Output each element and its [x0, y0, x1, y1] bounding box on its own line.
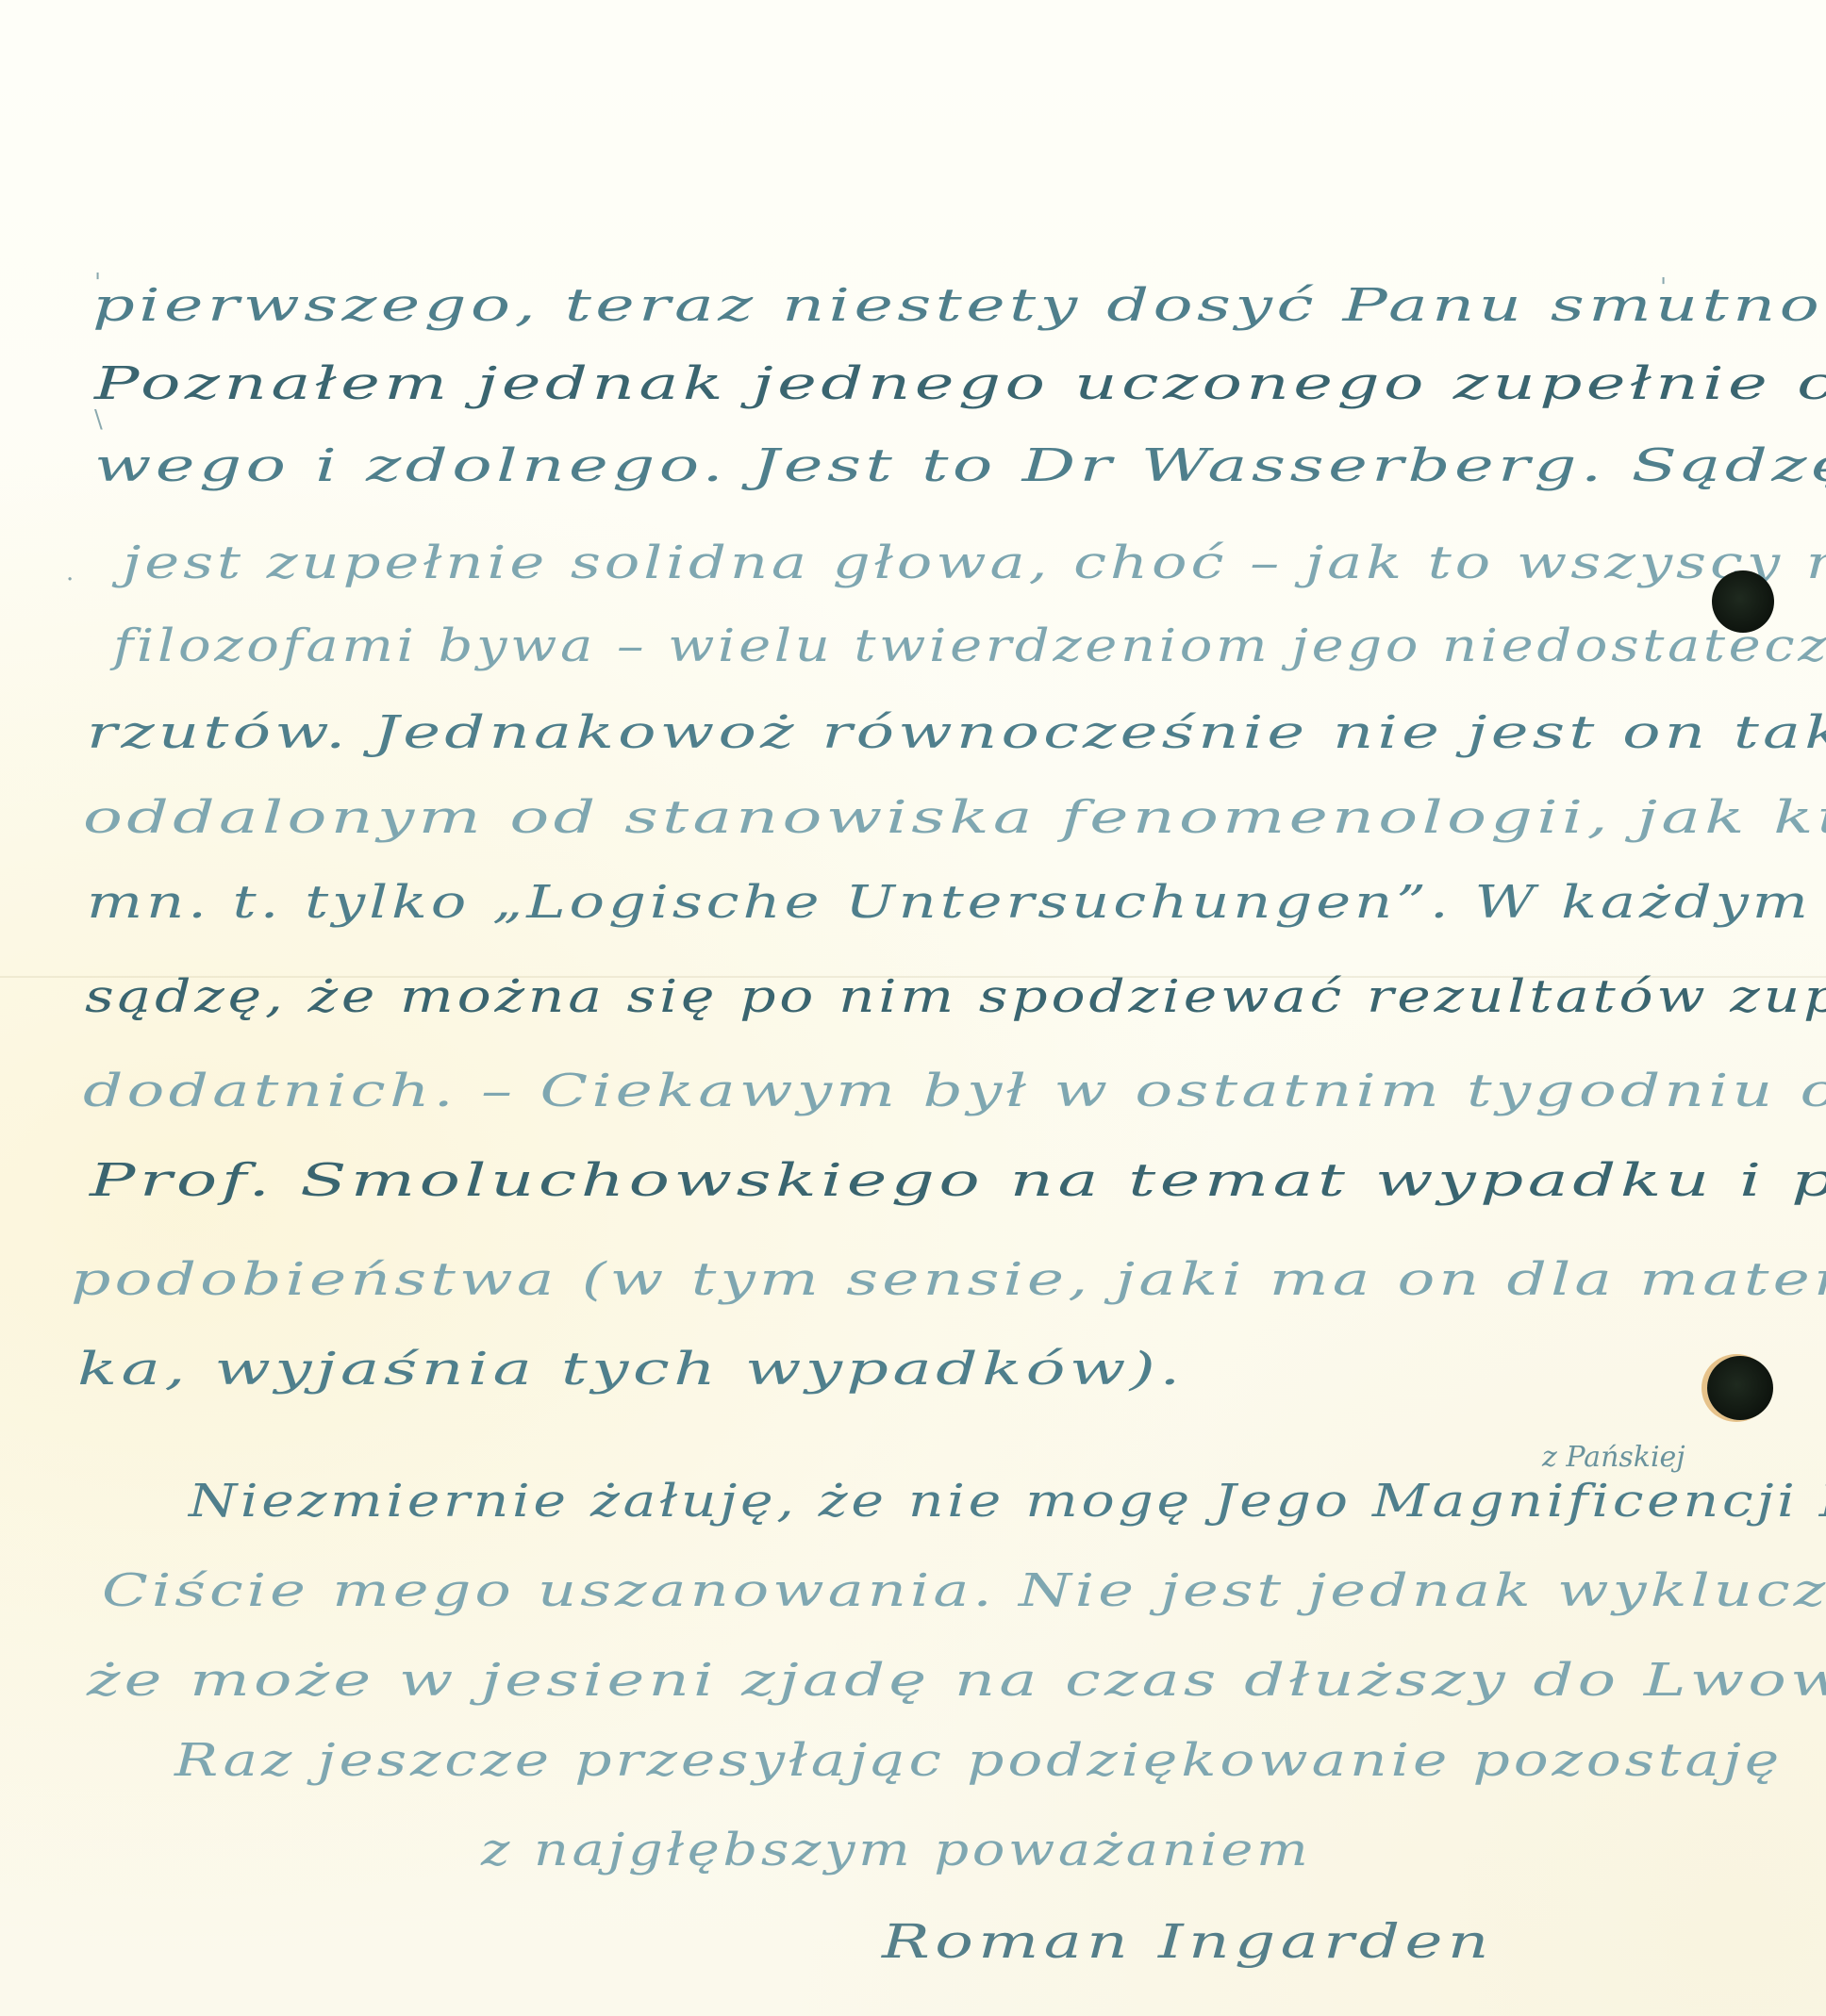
letter-line-13: ka, wyjaśnia tych wypadków). [77, 1347, 1185, 1392]
letter-line-10: dodatnich. – Ciekawym był w ostatnim tyg… [83, 1068, 1826, 1114]
letter-line-14: Niezmiernie żałuję, że nie mogę Jego Mag… [189, 1479, 1826, 1524]
interlinear-insertion: z Pańskiej [1542, 1441, 1685, 1474]
punch-hole [1707, 1356, 1773, 1420]
letter-line-18: z najgłębszym poważaniem [481, 1827, 1311, 1873]
letter-line-7: oddalonym od stanowiska fenomenologii, j… [83, 795, 1826, 840]
letter-line-11: Prof. Smoluchowskiego na temat wypadku i… [90, 1158, 1826, 1203]
letter-line-17: Raz jeszcze przesyłając podziękowanie po… [174, 1738, 1783, 1783]
letter-line-4: jest zupełnie solidna głowa, choć – jak … [123, 540, 1826, 586]
letter-line-1: pierwszego, teraz niestety dosyć Panu sm… [92, 283, 1826, 328]
letter-line-3: wego i zdolnego. Jest to Dr Wasserberg. … [94, 443, 1826, 488]
letter-line-6: rzutów. Jednakowoż równocześnie nie jest… [87, 710, 1826, 755]
punch-hole [1712, 570, 1774, 633]
letter-line-9: sądzę, że można się po nim spodziewać re… [85, 974, 1826, 1019]
letter-line-15: Ciście mego uszanowania. Nie jest jednak… [102, 1568, 1826, 1613]
margin-mark: · [66, 566, 74, 594]
letter-line-16: że może w jesieni zjadę na czas dłuższy … [87, 1658, 1826, 1703]
letter-line-5: filozofami bywa – wielu twierdzeniom jeg… [113, 623, 1826, 669]
letter-line-2: Poznałem jednak jednego uczonego zupełni… [94, 361, 1826, 406]
letter-line-8: mn. t. tylko „Logische Untersuchungen”. … [87, 880, 1826, 925]
signature: Roman Ingarden [882, 1914, 1494, 1969]
letter-line-12: podobieństwa (w tym sensie, jaki ma on d… [71, 1257, 1826, 1302]
